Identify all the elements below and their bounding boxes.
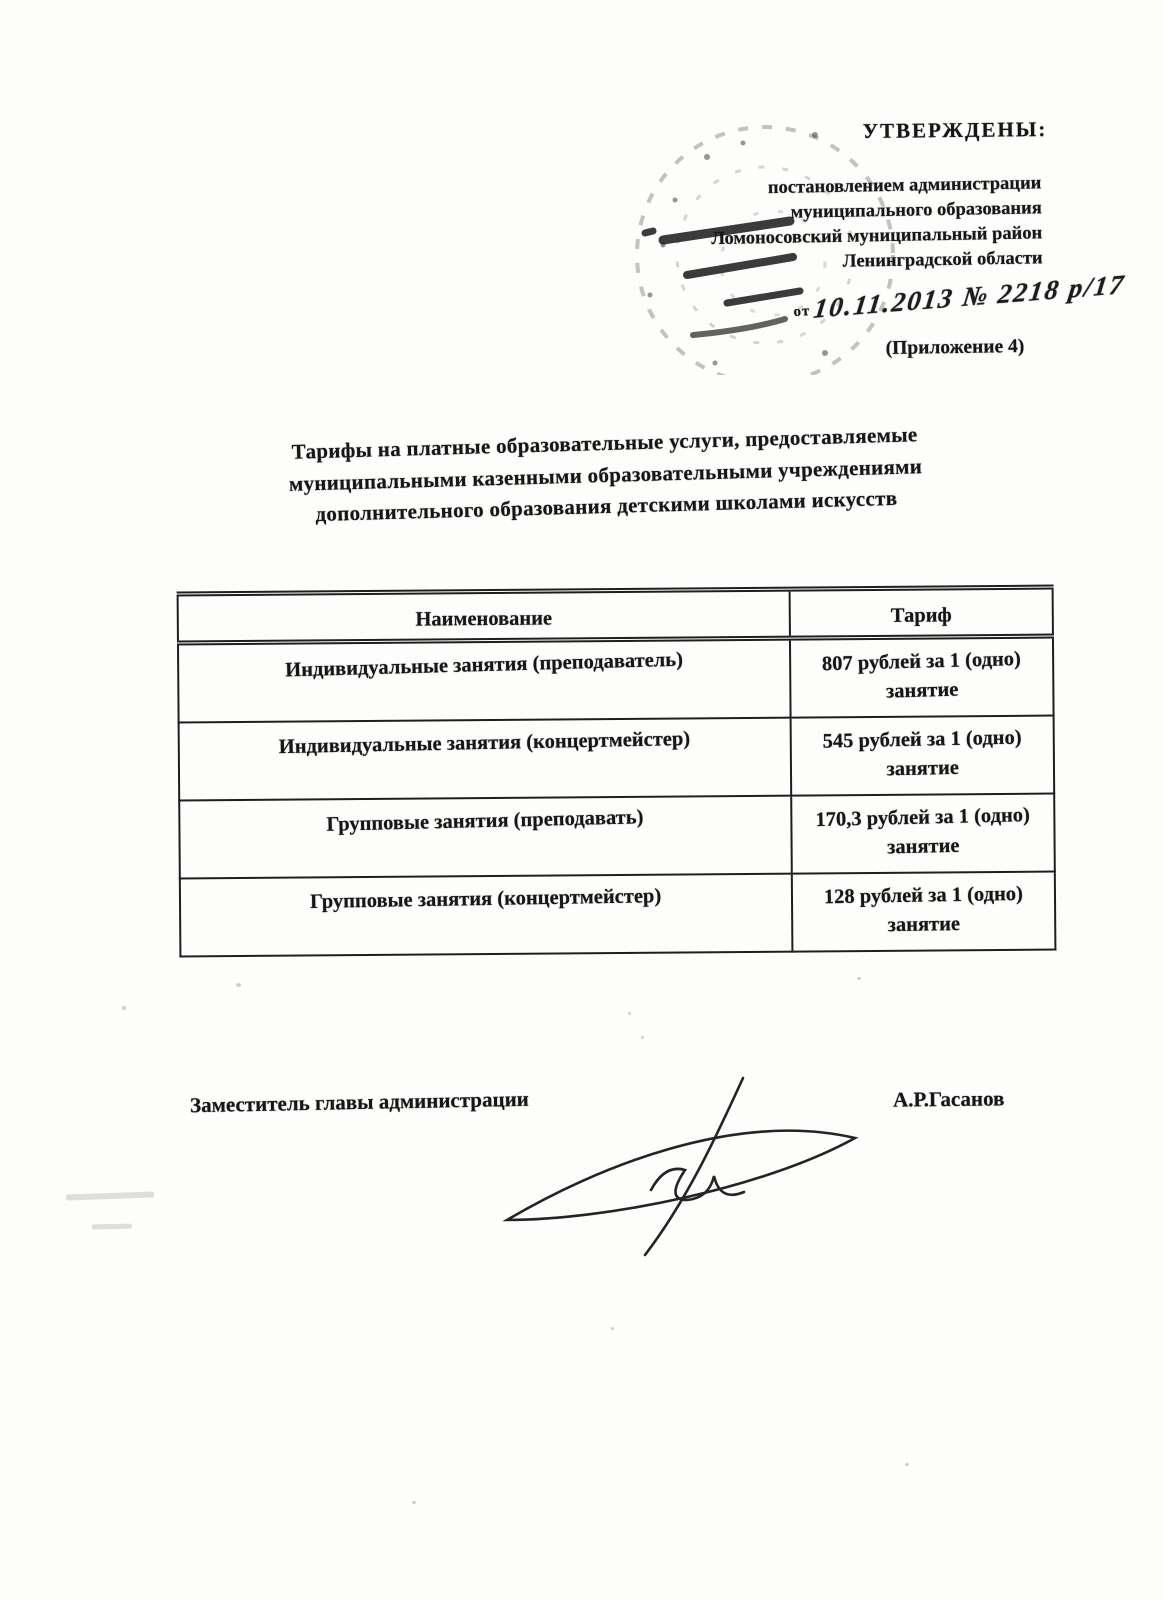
service-tariff: 128 рублей за 1 (одно) занятие	[803, 880, 1045, 942]
table-row: Индивидуальные занятия (преподаватель) 8…	[178, 636, 1054, 722]
table-header-row: Наименование Тариф	[178, 587, 1053, 643]
scan-artifact	[92, 1224, 132, 1230]
document-page: УТВЕРЖДЕНЫ: постановлением администрации…	[0, 0, 1163, 1600]
scan-artifact	[412, 1501, 416, 1504]
service-tariff: 545 рублей за 1 (одно) занятие	[801, 723, 1043, 786]
scan-artifact	[905, 1463, 909, 1466]
service-name: Групповые занятия (концертмейстер)	[310, 882, 662, 917]
service-name: Индивидуальные занятия (концертмейстер)	[279, 725, 691, 762]
header-name: Наименование	[178, 589, 790, 643]
scan-artifact	[628, 1012, 631, 1015]
date-prefix: от	[793, 303, 811, 320]
appendix-note: (Приложение 4)	[845, 335, 1065, 360]
table-row: Групповые занятия (преподавать) 170,3 ру…	[179, 794, 1055, 879]
header-tariff: Тариф	[790, 587, 1053, 638]
scan-artifact	[857, 977, 861, 980]
scan-artifact	[66, 1191, 154, 1200]
document-title: Тарифы на платные образовательные услуги…	[177, 416, 1034, 534]
scan-artifact	[641, 1036, 644, 1039]
tariff-table: Наименование Тариф Индивидуальные заняти…	[177, 585, 1057, 958]
service-tariff: 170,3 рублей за 1 (одно) занятие	[802, 801, 1044, 865]
scan-artifact	[122, 1006, 126, 1010]
approval-date-line: от 10.11.2013 № 2218 р/17	[792, 274, 1093, 323]
table-row: Групповые занятия (концертмейстер) 128 р…	[180, 872, 1056, 957]
scan-artifact	[611, 1327, 614, 1330]
approved-heading: УТВЕРЖДЕНЫ:	[845, 117, 1065, 144]
handwritten-date: 10.11.2013 № 2218 р/17	[812, 269, 1127, 325]
service-name: Групповые занятия (преподавать)	[327, 803, 645, 839]
service-name: Индивидуальные занятия (преподаватель)	[285, 646, 683, 686]
table-row: Индивидуальные занятия (концертмейстер) …	[179, 716, 1055, 801]
signature-stroke	[455, 1040, 895, 1270]
approval-block: постановлением администрации муниципальн…	[619, 171, 1043, 278]
scan-artifact	[236, 983, 241, 987]
signature-position-label: Заместитель главы администрации	[190, 1087, 529, 1118]
service-tariff: 807 рублей за 1 (одно) занятие	[800, 644, 1043, 708]
signature-name: А.Р.Гасанов	[893, 1086, 1005, 1112]
